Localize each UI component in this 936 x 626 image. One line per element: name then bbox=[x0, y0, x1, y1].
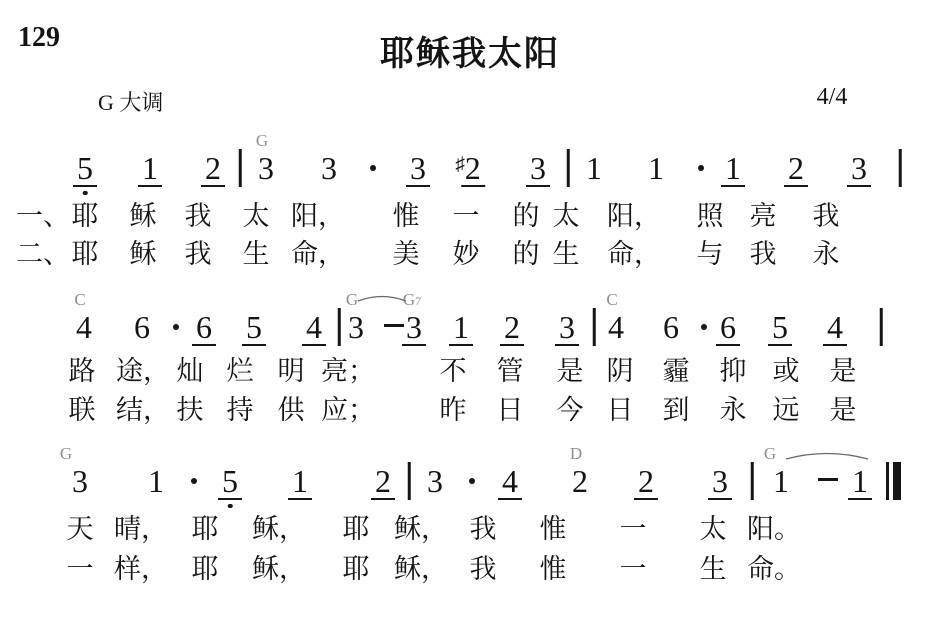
digit: 4 bbox=[498, 465, 522, 500]
digit: 2 bbox=[371, 465, 395, 500]
lyric-token-v2: 生 bbox=[700, 556, 727, 583]
note-digit: 5 bbox=[218, 465, 242, 500]
lyric-token-v1: 稣， bbox=[252, 516, 306, 543]
note-digit: 2 bbox=[634, 465, 658, 500]
lyric-token-v1: 我 bbox=[470, 516, 497, 543]
lyric-token-v1: 惟 bbox=[540, 516, 567, 543]
chord-label: D bbox=[570, 445, 582, 462]
digit: 3 bbox=[708, 465, 732, 500]
note-digit: 1 bbox=[769, 465, 793, 498]
digit: 1 bbox=[144, 465, 168, 498]
lyric-token-v1: 晴， bbox=[114, 516, 168, 543]
lyric-token-v2: 样， bbox=[114, 556, 168, 583]
note-digit: 1 bbox=[144, 465, 168, 498]
barline bbox=[751, 462, 754, 500]
final-thin-bar bbox=[886, 462, 889, 500]
hymn-sheet: 129 耶稣我太阳 G 大调 4/4 G512333♯2311123一、耶稣我太… bbox=[0, 0, 936, 626]
lyric-token-v2: 命。 bbox=[747, 556, 801, 583]
barline bbox=[408, 462, 411, 500]
augmentation-dot bbox=[469, 478, 475, 484]
lyric-token-v1: 一 bbox=[620, 516, 647, 543]
note-digit: 1 bbox=[288, 465, 312, 500]
augmentation-dot bbox=[191, 478, 197, 484]
digit: 1 bbox=[288, 465, 312, 500]
lyric-token-v2: 耶 bbox=[343, 556, 370, 583]
digit: 2 bbox=[568, 465, 592, 498]
digit: 1 bbox=[848, 465, 872, 500]
note-digit: 4 bbox=[498, 465, 522, 500]
digit: 2 bbox=[634, 465, 658, 500]
note-digit: 3 bbox=[423, 465, 447, 498]
note-digit: 3 bbox=[708, 465, 732, 500]
final-thick-bar bbox=[893, 462, 901, 500]
music-system-3: GDG315123422311天晴，耶稣，耶稣，我惟一太阳。一样，耶稣，耶稣，我… bbox=[0, 0, 936, 626]
digit: 3 bbox=[423, 465, 447, 498]
lyric-token-v1: 耶 bbox=[343, 516, 370, 543]
lyric-token-v1: 稣， bbox=[394, 516, 448, 543]
lyric-token-v2: 一 bbox=[620, 556, 647, 583]
lyric-token-v2: 稣， bbox=[394, 556, 448, 583]
lyric-token-v1: 太 bbox=[700, 516, 727, 543]
lyric-token-v2: 我 bbox=[470, 556, 497, 583]
lyric-token-v2: 一 bbox=[67, 556, 94, 583]
note-digit: 1 bbox=[848, 465, 872, 500]
final-barline bbox=[886, 462, 901, 500]
tie-arc bbox=[784, 447, 870, 462]
note-digit: 2 bbox=[371, 465, 395, 500]
digit: 3 bbox=[68, 465, 92, 498]
lyric-token-v2: 稣， bbox=[252, 556, 306, 583]
digit: 5 bbox=[218, 465, 242, 500]
chord-label: G bbox=[764, 445, 776, 462]
lyric-token-v2: 惟 bbox=[540, 556, 567, 583]
lyric-token-v1: 耶 bbox=[192, 516, 219, 543]
duration-dash bbox=[818, 478, 838, 481]
lyric-token-v1: 阳。 bbox=[747, 516, 801, 543]
low-octave-dot bbox=[228, 504, 233, 509]
note-digit: 3 bbox=[68, 465, 92, 498]
note-digit: 2 bbox=[568, 465, 592, 498]
lyric-token-v2: 耶 bbox=[192, 556, 219, 583]
chord-label: G bbox=[60, 445, 72, 462]
digit: 1 bbox=[769, 465, 793, 498]
lyric-token-v1: 天 bbox=[67, 516, 94, 543]
